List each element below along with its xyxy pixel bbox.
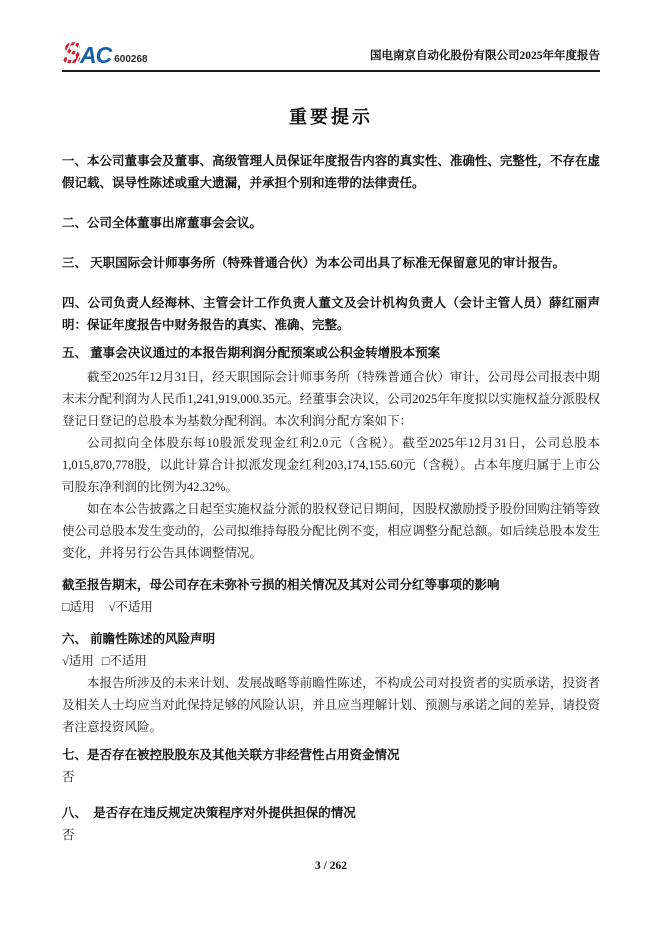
- item-3-statement: 三、 天职国际会计师事务所（特殊普通合伙）为本公司出具了标准无保留意见的审计报告…: [62, 252, 600, 274]
- profit-distribution-paragraph-3: 如在本公告披露之日起至实施权益分派的股权登记日期间，因股权激励授予股份回购注销等…: [62, 498, 600, 564]
- item-5-body: 截至2025年12月31日，经天职国际会计师事务所（特殊普通合伙）审计，公司母公…: [62, 366, 600, 564]
- page-header: S AC 600268 国电南京自动化股份有限公司2025年年度报告: [62, 0, 600, 72]
- page-footer: 3 / 262: [0, 856, 662, 874]
- logo-ac-icon: AC: [80, 45, 111, 66]
- profit-distribution-paragraph-1: 截至2025年12月31日，经天职国际会计师事务所（特殊普通合伙）审计，公司母公…: [62, 366, 600, 432]
- stock-code: 600268: [114, 54, 147, 66]
- loss-note-applicability: □适用√不适用: [62, 596, 600, 618]
- item-5-heading: 五、 董事会决议通过的本报告期利润分配预案或公积金转增股本预案: [62, 342, 600, 364]
- company-logo: S AC 600268: [62, 42, 148, 66]
- item-1-statement: 一、本公司董事会及董事、高级管理人员保证年度报告内容的真实性、准确性、完整性，不…: [62, 150, 600, 194]
- forward-looking-risk-paragraph: 本报告所涉及的未来计划、发展战略等前瞻性陈述，不构成公司对投资者的实质承诺，投资…: [62, 672, 600, 738]
- profit-distribution-paragraph-2: 公司拟向全体股东每10股派发现金红利2.0元（含税）。截至2025年12月31日…: [62, 432, 600, 498]
- item-8-answer: 否: [62, 824, 600, 846]
- item-2-statement: 二、公司全体董事出席董事会会议。: [62, 212, 600, 234]
- item-4-statement: 四、公司负责人经海林、主管会计工作负责人董文及会计机构负责人（会计主管人员）薛红…: [62, 292, 600, 336]
- checkbox-unchecked-not-applicable: □不适用: [102, 654, 147, 668]
- checkmark-applicable: √适用: [62, 650, 94, 672]
- report-header-title: 国电南京自动化股份有限公司2025年年度报告: [370, 48, 600, 66]
- item-7-answer: 否: [62, 766, 600, 788]
- loss-note-heading: 截至报告期末，母公司存在未弥补亏损的相关情况及其对公司分红等事项的影响: [62, 574, 600, 596]
- logo-s-icon: S: [62, 42, 80, 66]
- checkmark-not-applicable: √不适用: [109, 600, 153, 614]
- page-number: 3 / 262: [315, 860, 347, 872]
- item-6-heading: 六、 前瞻性陈述的风险声明: [62, 628, 600, 650]
- page-title: 重要提示: [62, 103, 600, 129]
- item-6-applicability: √适用□不适用: [62, 650, 600, 672]
- checkbox-unchecked-applicable: □适用: [62, 596, 95, 618]
- item-7-heading: 七、是否存在被控股股东及其他关联方非经营性占用资金情况: [62, 744, 600, 766]
- annual-report-page: S AC 600268 国电南京自动化股份有限公司2025年年度报告 重要提示 …: [0, 0, 662, 936]
- item-8-heading: 八、 是否存在违反规定决策程序对外提供担保的情况: [62, 802, 600, 824]
